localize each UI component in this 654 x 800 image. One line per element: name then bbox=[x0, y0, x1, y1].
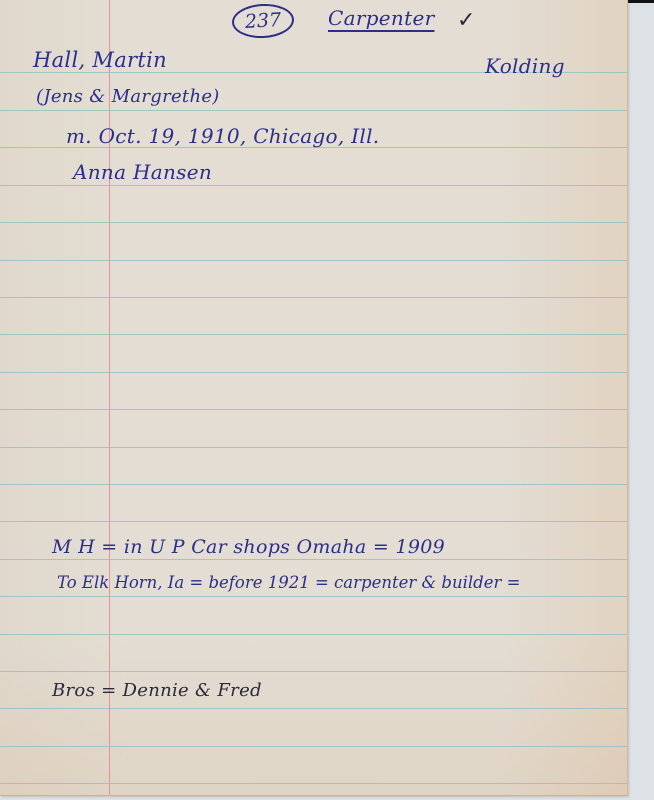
rule-line bbox=[0, 110, 627, 111]
rule-line bbox=[0, 372, 627, 373]
record-number-circled: 237 bbox=[231, 2, 295, 39]
birthplace: Kolding bbox=[485, 54, 565, 78]
rule-line bbox=[0, 260, 627, 261]
rule-line bbox=[0, 409, 627, 410]
rule-line bbox=[0, 297, 627, 298]
scanner-edge-bar bbox=[626, 0, 654, 3]
rule-line bbox=[0, 746, 627, 747]
ruled-paper-sheet: 237 Carpenter ✓ Hall, Martin Kolding (Je… bbox=[0, 0, 628, 796]
rule-line bbox=[0, 596, 627, 597]
occupation-heading: Carpenter bbox=[328, 6, 434, 30]
note-line-2: To Elk Horn, Ia = before 1921 = carpente… bbox=[57, 573, 520, 592]
rule-line bbox=[0, 185, 627, 186]
siblings-note: Bros = Dennie & Fred bbox=[52, 680, 262, 701]
rule-line bbox=[0, 334, 627, 335]
rule-line bbox=[0, 447, 627, 448]
note-line-1: M H = in U P Car shops Omaha = 1909 bbox=[52, 536, 445, 558]
rule-line bbox=[0, 521, 627, 522]
margin-line bbox=[109, 0, 110, 795]
rule-line bbox=[0, 222, 627, 223]
marriage-record: m. Oct. 19, 1910, Chicago, Ill. bbox=[66, 124, 379, 148]
rule-line bbox=[0, 783, 627, 784]
rule-line bbox=[0, 559, 627, 560]
parents-names: (Jens & Margrethe) bbox=[36, 86, 220, 107]
person-name: Hall, Martin bbox=[33, 48, 167, 72]
rule-line bbox=[0, 671, 627, 672]
checkmark-icon: ✓ bbox=[457, 8, 475, 33]
rule-line bbox=[0, 484, 627, 485]
rule-line bbox=[0, 708, 627, 709]
rule-line bbox=[0, 634, 627, 635]
spouse-name: Anna Hansen bbox=[73, 160, 212, 184]
